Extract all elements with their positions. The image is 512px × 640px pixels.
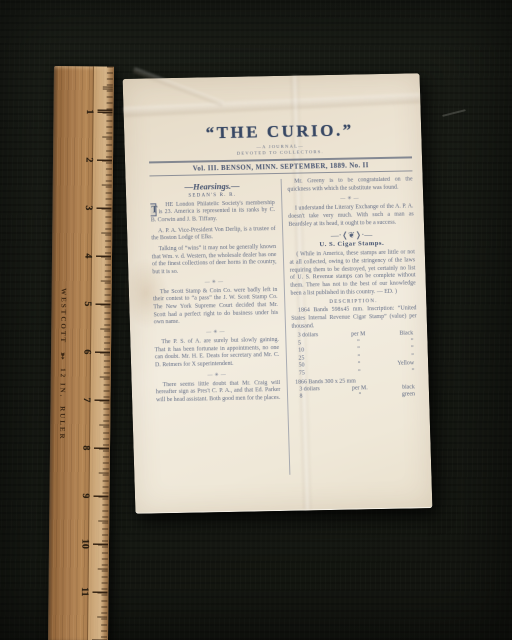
body-columns: —Hearsings.— SEDAN'S R. R. THE London Ph… (150, 176, 422, 477)
paragraph-divider: —✳— (154, 328, 279, 336)
price-table-2: 3 dollars per M. black 8 ” green (293, 384, 419, 401)
table-cell: 75 (293, 369, 341, 377)
ruler-number: 2 (83, 154, 94, 166)
table-row: 75 ” ” (293, 368, 419, 378)
ruler-number: 7 (81, 394, 92, 406)
article-paragraph: Talking of “wins” it may not be generall… (152, 244, 277, 277)
article-paragraph: THE London Philatelic Society's membersh… (150, 200, 275, 225)
arrow-icon: ➳ (58, 352, 68, 360)
list-intro: 1864 Bands 598x45 mm. Inscription: “Unit… (291, 306, 417, 331)
left-column: —Hearsings.— SEDAN'S R. R. THE London Ph… (150, 179, 290, 477)
column-subheading: SEDAN'S R. R. (150, 192, 275, 199)
paragraph-divider: —✳— (153, 278, 278, 286)
article-paragraph: Mr. Greeny is to be congratulated on the… (287, 176, 413, 194)
ruler-number: 4 (82, 250, 93, 262)
ruler-number: 10 (79, 538, 90, 550)
table-cell: 8 (293, 393, 341, 401)
table-cell: ” (341, 393, 379, 401)
ruler-brand-word: RULER (58, 406, 66, 441)
ruler-number: 1 (84, 106, 95, 118)
ruler-number: 6 (81, 346, 92, 358)
price-table: 3 dollars per M Black 5 ” ” 10 ” ” (292, 331, 419, 378)
table-cell: green (379, 392, 419, 400)
ruler-number: 3 (83, 202, 94, 214)
background-scratch (442, 109, 466, 117)
section-heading: U. S. Cigar Stamps. (289, 240, 415, 249)
ruler-number: 5 (82, 298, 93, 310)
article-paragraph: There seems little doubt that Mr. Craig … (156, 380, 281, 405)
ruler-number: 8 (80, 442, 91, 454)
article-paragraph: The Scott Stamp & Coin Co. were badly le… (153, 287, 279, 328)
table-cell: ” (378, 368, 418, 376)
article-paragraph: A. P. A. Vice-President Von Derlip, is a… (151, 226, 276, 244)
right-column: Mr. Greeny is to be congratulated on the… (281, 176, 421, 474)
printed-area: “THE CURIO.” —A JOURNAL— DEVOTED TO COLL… (123, 73, 433, 513)
paragraph-divider: —✳— (155, 371, 280, 379)
table-cell: ” (340, 369, 378, 377)
paragraph-divider: —✳— (288, 195, 414, 203)
wooden-ruler: 1 2 3 4 5 6 7 8 9 10 11 WESTCOTT ➳ 12 IN… (48, 66, 114, 640)
article-paragraph: The P. S. of A. are surely but slowly ga… (154, 337, 279, 370)
column-heading: —Hearsings.— (150, 180, 275, 192)
ruler-number: 9 (80, 490, 91, 502)
paragraph-text: HE London Philatelic Society's membershi… (151, 200, 275, 224)
dateline: Vol. III. BENSON, MINN. SEPTEMBER, 1889.… (149, 156, 412, 176)
photo-scene: 1 2 3 4 5 6 7 8 9 10 11 WESTCOTT ➳ 12 IN… (0, 0, 512, 640)
ruler-brand-name: WESTCOTT (59, 288, 68, 344)
masthead: “THE CURIO.” —A JOURNAL— DEVOTED TO COLL… (148, 119, 412, 176)
table-row: 8 ” green (293, 392, 419, 402)
newspaper-page: “THE CURIO.” —A JOURNAL— DEVOTED TO COLL… (123, 73, 433, 514)
article-paragraph: I understand the Literary Exchange of th… (288, 204, 414, 229)
editor-note: ( While in America, these stamps are lit… (289, 250, 416, 298)
ruler-number: 11 (79, 586, 90, 598)
ruler-brand-text: WESTCOTT ➳ 12 IN. RULER (57, 284, 69, 484)
ruler-brand-size: 12 IN. (59, 368, 67, 398)
drop-cap: T (150, 203, 157, 216)
